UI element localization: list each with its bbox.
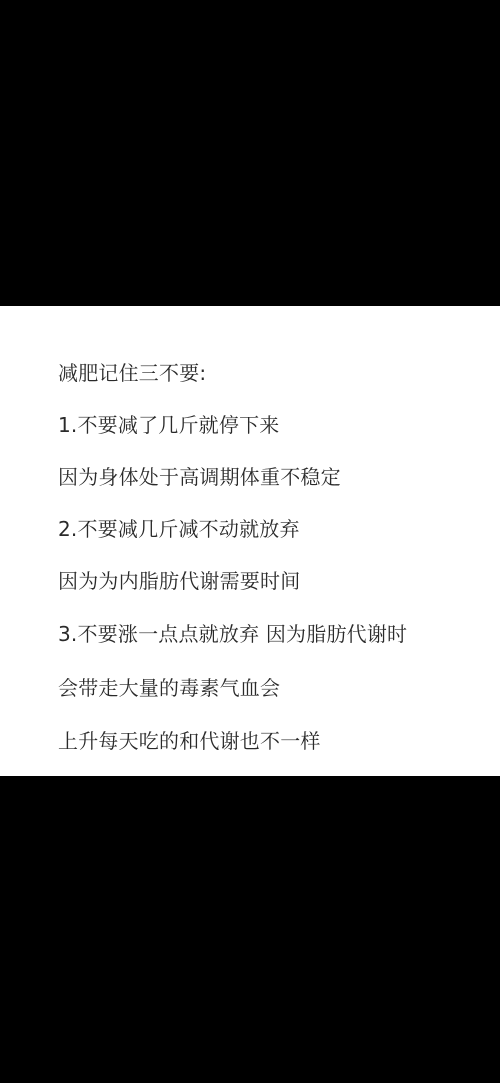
note-line: 2.不要减几斤减不动就放弃 [58,517,300,541]
note-line: 上升每天吃的和代谢也不一样 [58,729,321,753]
note-card: 减肥记住三不要: 1.不要减了几斤就停下来 因为身体处于高调期体重不稳定 2.不… [0,306,500,776]
top-black-area [0,0,500,306]
note-line: 因为为内脂肪代谢需要时间 [58,569,300,593]
note-line: 因为身体处于高调期体重不稳定 [58,465,341,489]
note-title: 减肥记住三不要: [58,361,206,385]
note-line: 会带走大量的毒素气血会 [58,676,280,700]
screenshot-screen: 减肥记住三不要: 1.不要减了几斤就停下来 因为身体处于高调期体重不稳定 2.不… [0,0,500,1083]
note-line: 1.不要减了几斤就停下来 [58,413,279,437]
note-line: 3.不要涨一点点就放弃 因为脂肪代谢时 [58,622,407,646]
bottom-black-area [0,776,500,1083]
